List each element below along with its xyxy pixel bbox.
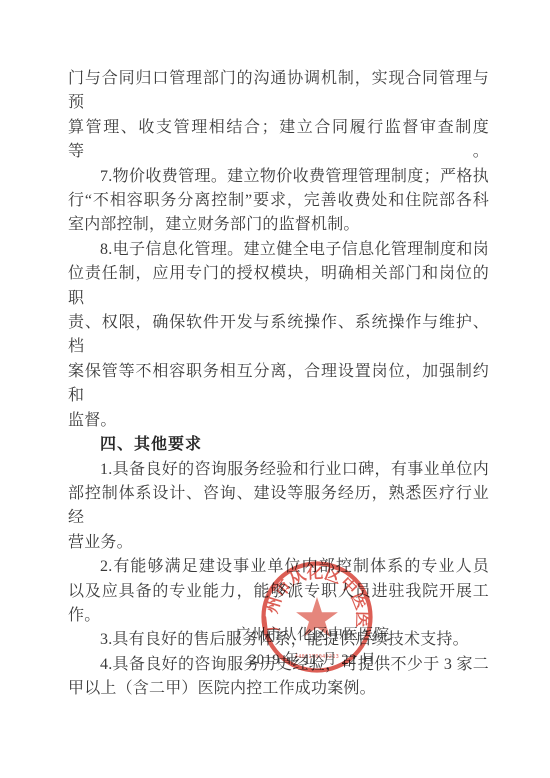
signature-block: 广州市从化区中医医院 2019 年 11 月 22 日 xyxy=(200,622,425,672)
signature-org-name: 广州市从化区中医医院 xyxy=(200,622,425,648)
text-line: 算管理、收支管理相结合；建立合同履行监督审查制度等。 xyxy=(68,116,489,165)
text-line: 8.电子信息化管理。建立健全电子信息化管理制度和岗 xyxy=(68,238,489,262)
text-line: 2.有能够满足建设事业单位内部控制体系的专业人员 xyxy=(68,555,489,579)
text-line: 行“不相容职务分离控制”要求，完善收费处和住院部各科 xyxy=(68,189,489,213)
section-heading: 四、其他要求 xyxy=(68,433,489,457)
document-body: 门与合同归口管理部门的沟通协调机制，实现合同管理与预算管理、收支管理相结合；建立… xyxy=(68,67,489,702)
text-line: 以及应具备的专业能力，能够派专职人员进驻我院开展工 xyxy=(68,580,489,604)
text-line: 室内部控制，建立财务部门的监督机制。 xyxy=(68,213,489,237)
text-line: 7.物价收费管理。建立物价收费管理管理制度；严格执 xyxy=(68,165,489,189)
text-line: 营业务。 xyxy=(68,531,489,555)
text-line: 部控制体系设计、咨询、建设等服务经历，熟悉医疗行业经 xyxy=(68,482,489,531)
text-line: 监督。 xyxy=(68,409,489,433)
text-line: 1.具备良好的咨询服务经验和行业口碑，有事业单位内 xyxy=(68,458,489,482)
text-line: 甲以上（含二甲）医院内控工作成功案例。 xyxy=(68,677,489,701)
text-line: 门与合同归口管理部门的沟通协调机制，实现合同管理与预 xyxy=(68,67,489,116)
text-line: 责、权限，确保软件开发与系统操作、系统操作与维护、档 xyxy=(68,311,489,360)
signature-date: 2019 年 11 月 22 日 xyxy=(200,648,425,672)
text-line: 案保管等不相容职务相互分离，合理设置岗位，加强制约和 xyxy=(68,360,489,409)
text-line: 位责任制，应用专门的授权模块，明确相关部门和岗位的职 xyxy=(68,262,489,311)
document-page: 门与合同归口管理部门的沟通协调机制，实现合同管理与预算管理、收支管理相结合；建立… xyxy=(0,0,550,778)
